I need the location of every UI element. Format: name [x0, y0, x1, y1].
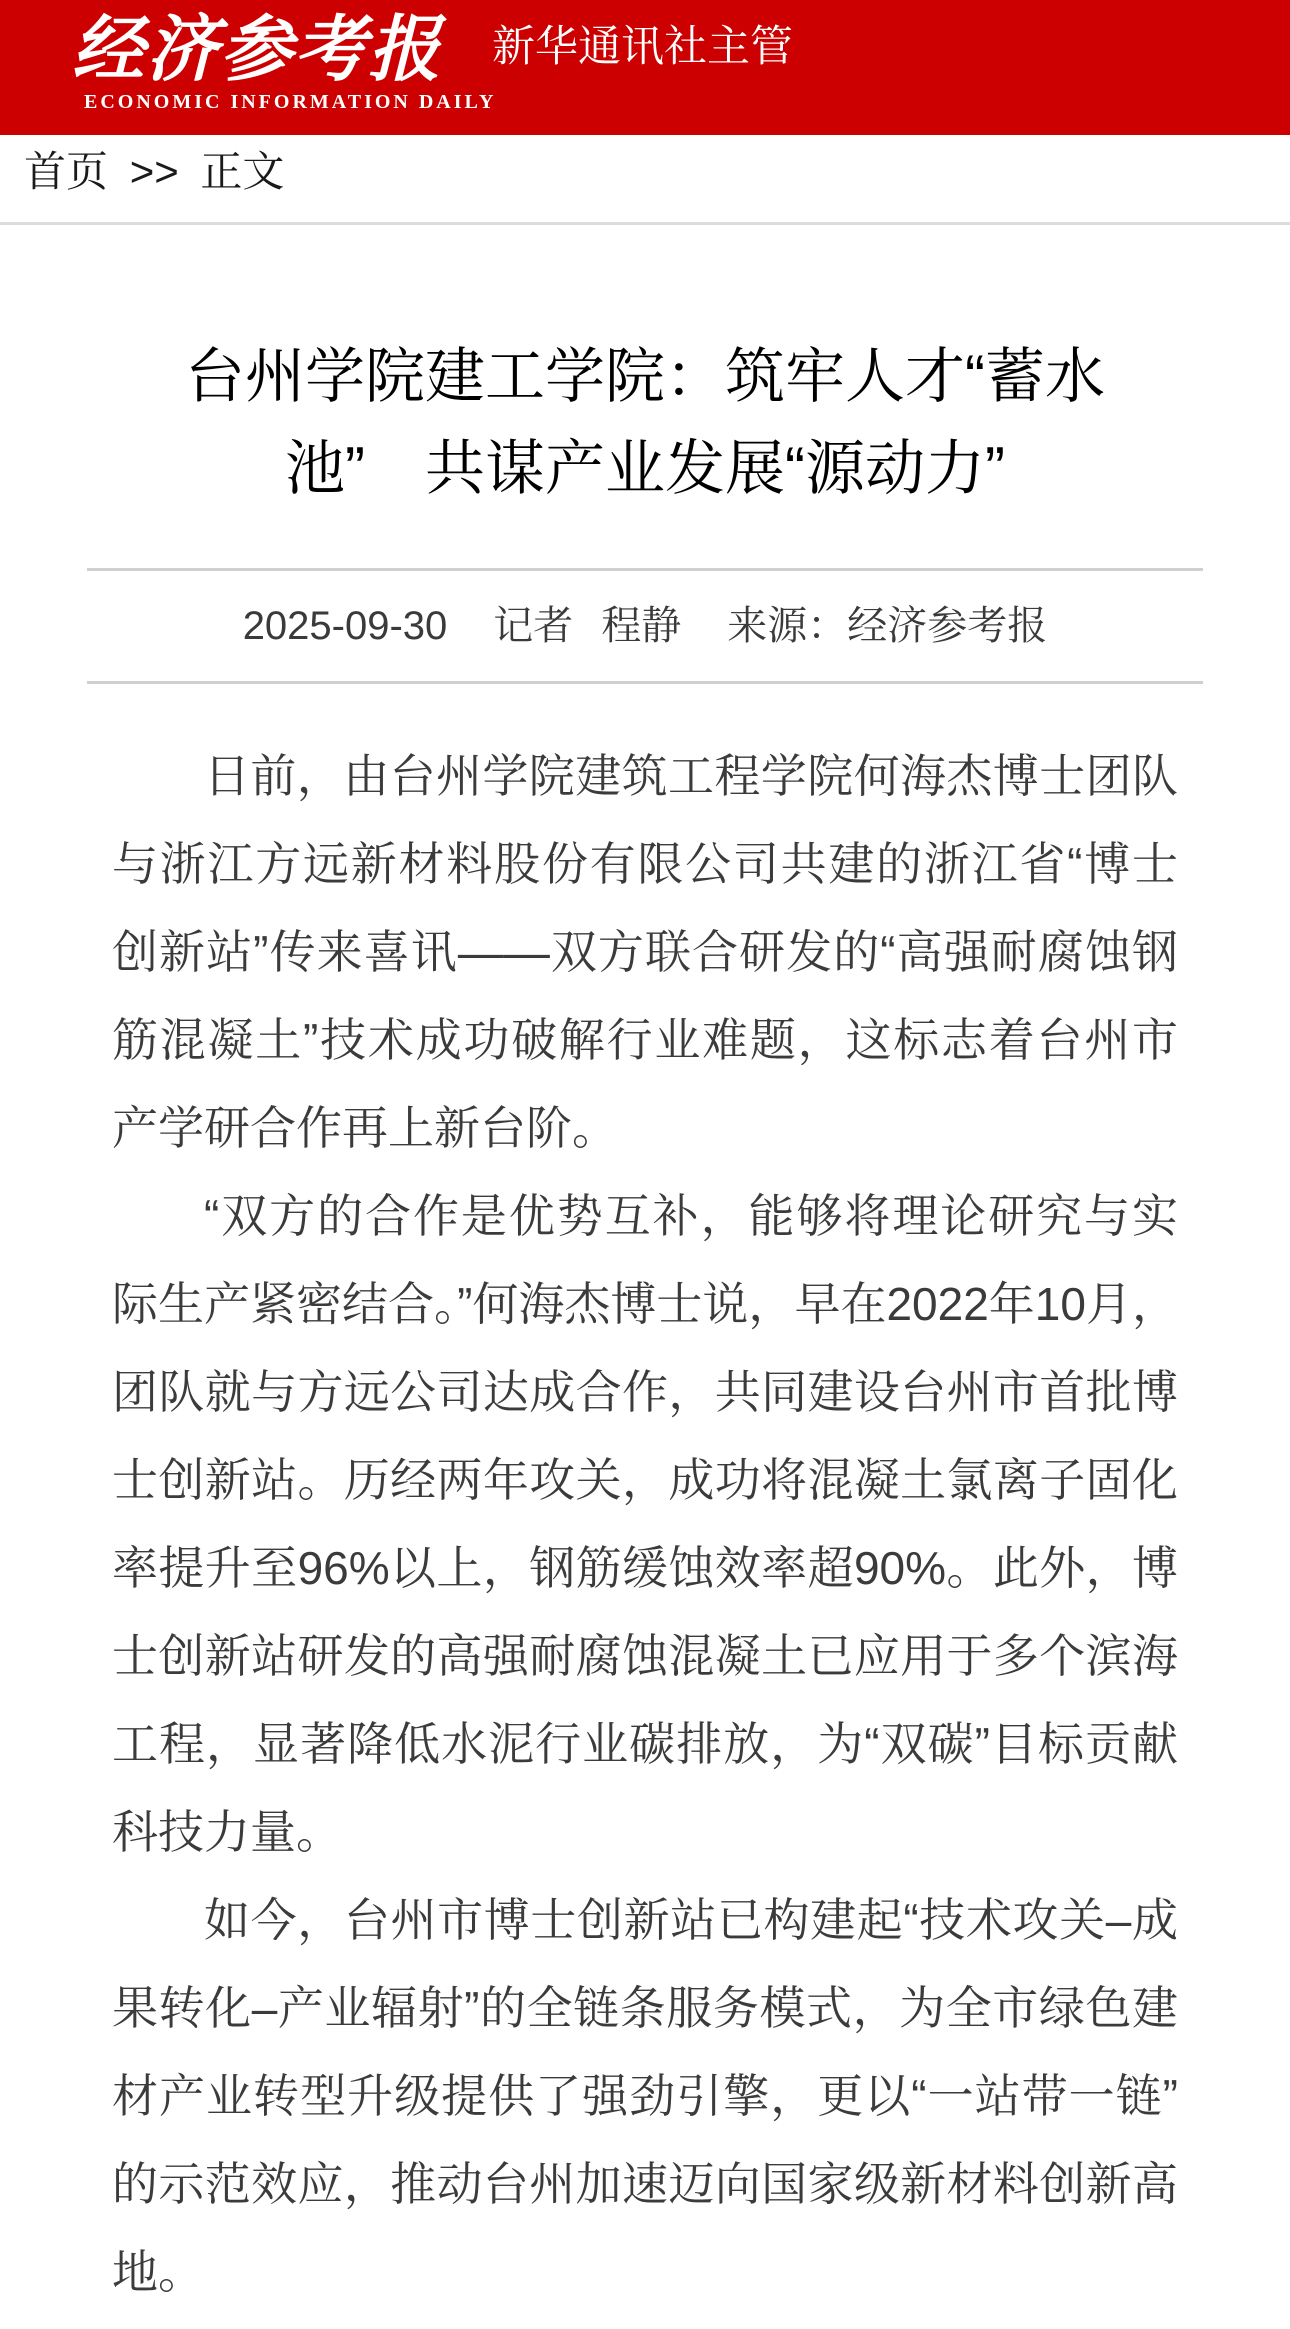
publish-date: 2025-09-30 [243, 603, 448, 649]
article-paragraph-1: 日前，由台州学院建筑工程学院何海杰博士团队与浙江方远新材料股份有限公司共建的浙江… [112, 732, 1178, 1172]
breadcrumb: 首页 >> 正文 [0, 135, 1290, 225]
newspaper-logo[interactable]: 经济参考报 ECONOMIC INFORMATION DAILY [72, 8, 496, 114]
page-title-line-2: 池” 共谋产业发展“源动力” [95, 423, 1195, 515]
supervisor-text: 新华通讯社主管 [492, 22, 793, 72]
article-paragraph-2: “双方的合作是优势互补，能够将理论研究与实际生产紧密结合。”何海杰博士说，早在2… [112, 1172, 1178, 1876]
article: 台州学院建工学院：筑牢人才“蓄水 池” 共谋产业发展“源动力” 2025-09-… [0, 331, 1290, 2316]
breadcrumb-current: 正文 [200, 148, 284, 195]
page-title: 台州学院建工学院：筑牢人才“蓄水 池” 共谋产业发展“源动力” [95, 331, 1195, 515]
reporter-group: 记者 程静 [493, 603, 681, 649]
reporter-name: 程静 [601, 603, 681, 649]
article-meta: 2025-09-30 记者 程静 来源：经济参考报 [87, 571, 1203, 681]
article-body: 日前，由台州学院建筑工程学院何海杰博士团队与浙江方远新材料股份有限公司共建的浙江… [0, 684, 1290, 2316]
reporter-label: 记者 [493, 603, 573, 649]
page-title-line-1: 台州学院建工学院：筑牢人才“蓄水 [95, 331, 1195, 423]
article-paragraph-3: 如今，台州市博士创新站已构建起“技术攻关–成果转化–产业辐射”的全链条服务模式，… [112, 1876, 1178, 2316]
header-banner: 经济参考报 ECONOMIC INFORMATION DAILY 新华通讯社主管 [0, 0, 1290, 135]
logo-english-text: ECONOMIC INFORMATION DAILY [84, 91, 496, 114]
breadcrumb-separator: >> [130, 148, 179, 195]
article-source: 来源：经济参考报 [727, 603, 1047, 649]
logo-calligraphy-text: 经济参考报 [72, 8, 496, 90]
breadcrumb-home-link[interactable]: 首页 [24, 148, 108, 195]
